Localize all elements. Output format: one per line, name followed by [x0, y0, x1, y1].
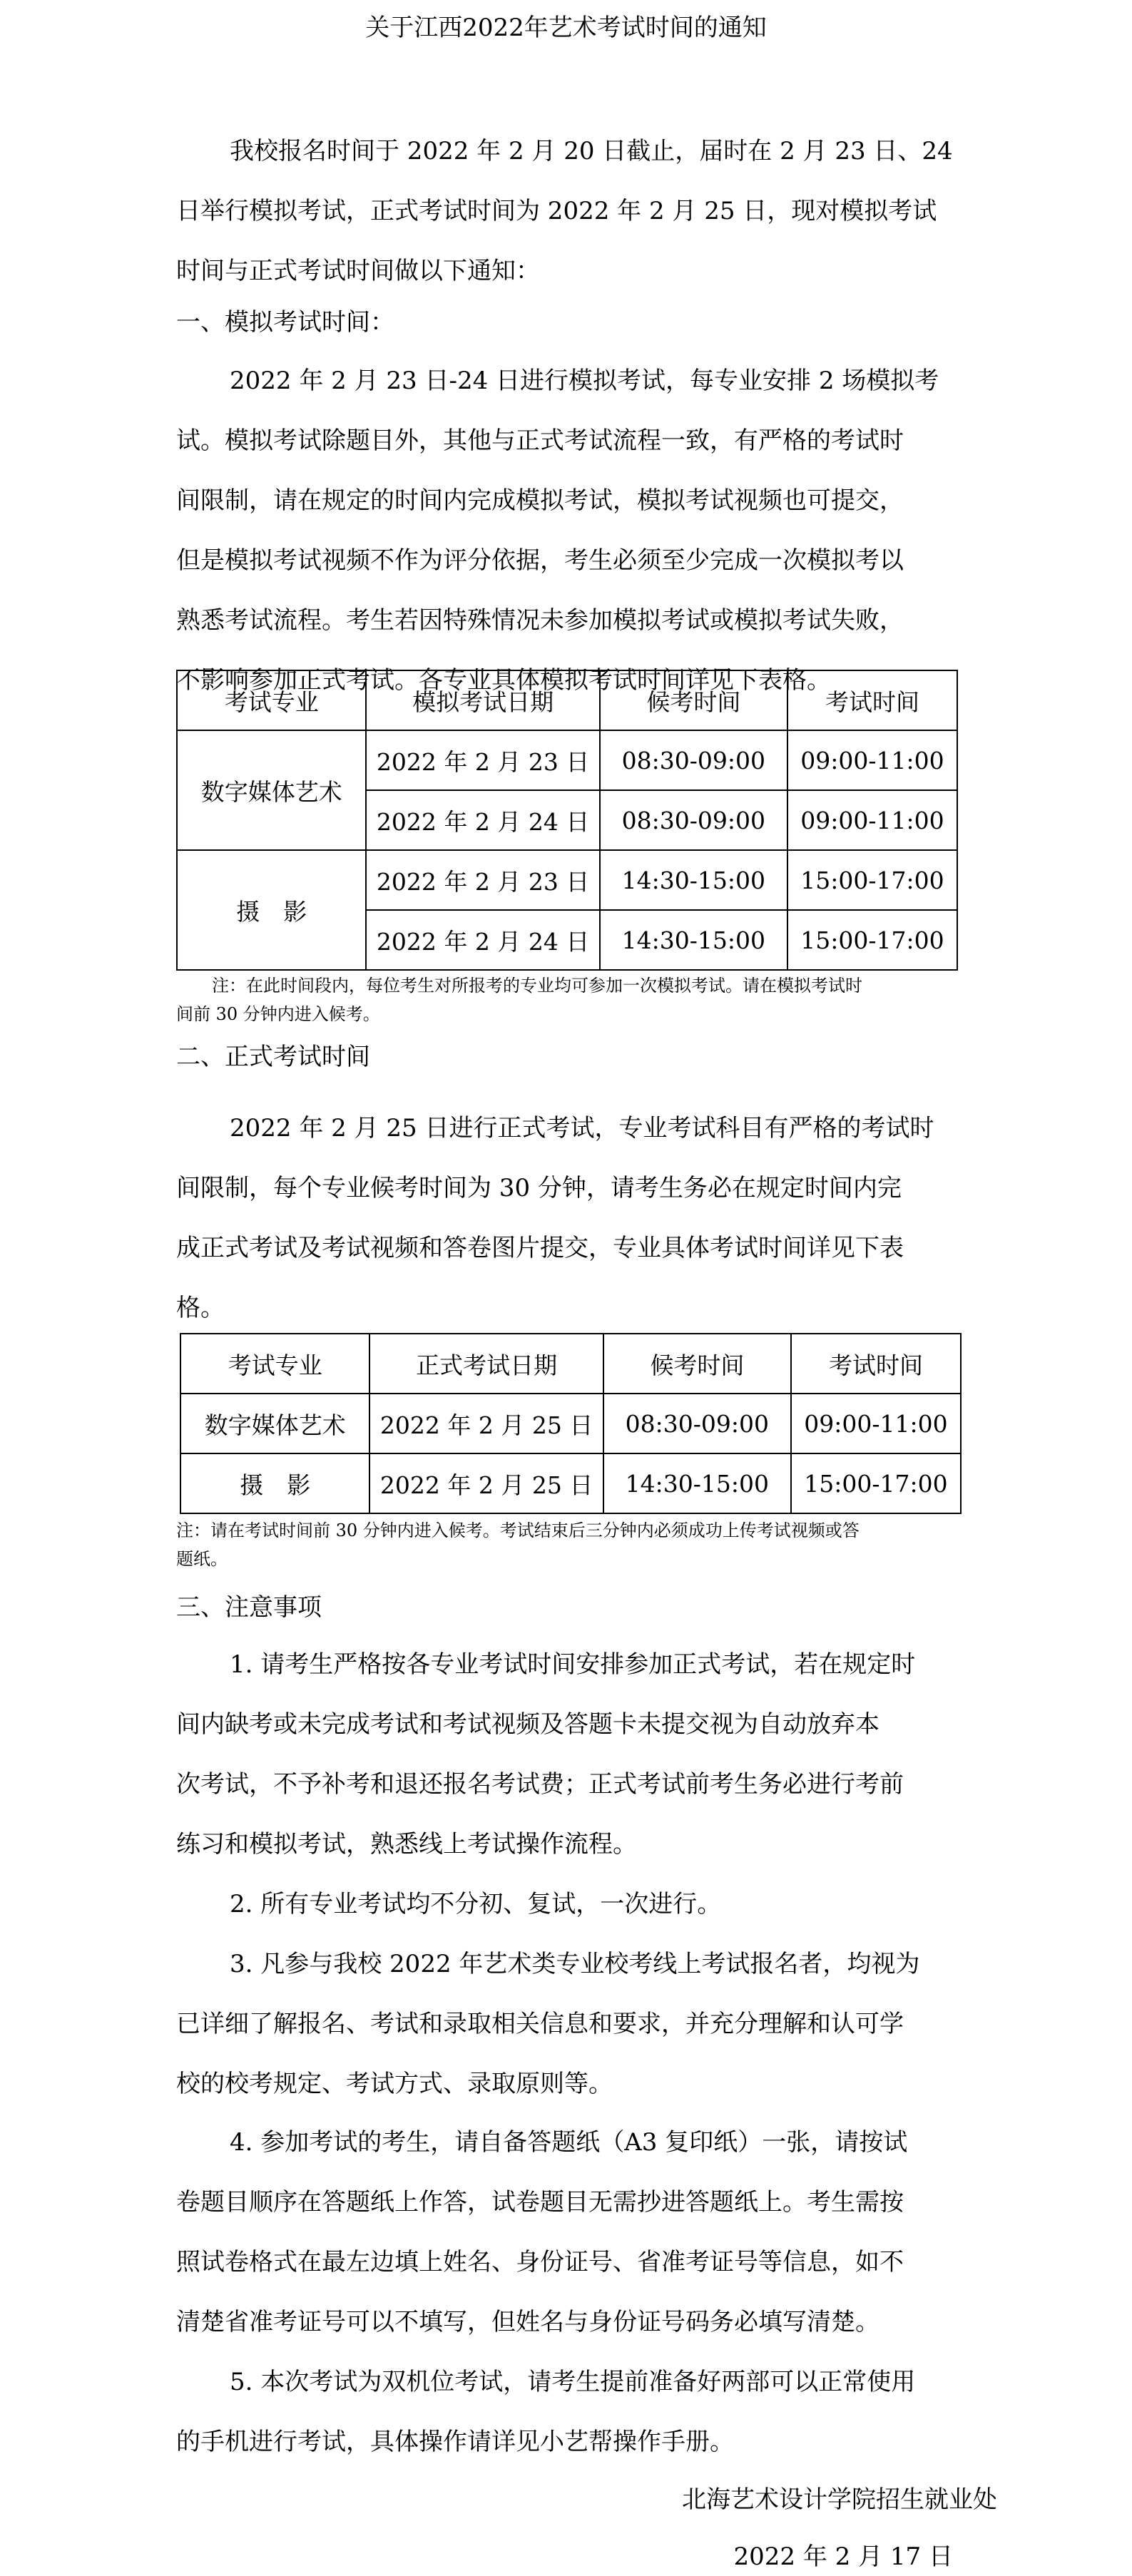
exam-time-cell: 09:00-11:00 [791, 1394, 961, 1453]
text-line: 间限制，请在规定的时间内完成模拟考试，模拟考试视频也可提交， [176, 471, 961, 531]
text-line: 我校报名时间于 2022 年 2 月 20 日截止，届时在 2 月 23 日、2… [176, 121, 961, 181]
intro-paragraph: 我校报名时间于 2022 年 2 月 20 日截止，届时在 2 月 23 日、2… [176, 121, 961, 301]
text-line: 格。 [176, 1278, 961, 1338]
section1-heading: 一、模拟考试时间： [176, 292, 394, 352]
text-line: 清楚省准考证号可以不填写，但姓名与身份证号码务必填写清楚。 [176, 2292, 961, 2352]
text-line: 的手机进行考试，具体操作请详见小艺帮操作手册。 [176, 2412, 961, 2472]
note-line: 注：请在考试时间前 30 分钟内进入候考。考试结束后三分钟内必须成功上传考试视频… [176, 1516, 961, 1545]
formal-exam-note: 注：请在考试时间前 30 分钟内进入候考。考试结束后三分钟内必须成功上传考试视频… [176, 1516, 961, 1573]
notice-item-2: 2. 所有专业考试均不分初、复试，一次进行。 [176, 1874, 961, 1934]
text-line: 4. 参加考试的考生，请自备答题纸（A3 复印纸）一张，请按试 [176, 2112, 961, 2172]
text-line: 2022 年 2 月 23 日-24 日进行模拟考试，每专业安排 2 场模拟考 [176, 351, 961, 411]
date-cell: 2022 年 2 月 25 日 [369, 1394, 603, 1453]
notice-item-3: 3. 凡参与我校 2022 年艺术类专业校考线上考试报名者，均视为 已详细了解报… [176, 1934, 961, 2114]
text-line: 2022 年 2 月 25 日进行正式考试，专业考试科目有严格的考试时 [176, 1098, 961, 1158]
major-cell: 摄 影 [177, 850, 366, 970]
exam-time-cell: 09:00-11:00 [787, 790, 957, 850]
text-line: 次考试，不予补考和退还报名考试费；正式考试前考生务必进行考前 [176, 1754, 961, 1814]
wait-time-cell: 14:30-15:00 [600, 850, 787, 910]
text-line: 已详细了解报名、考试和录取相关信息和要求，并充分理解和认可学 [176, 1994, 961, 2054]
text-line: 试。模拟考试除题目外，其他与正式考试流程一致，有严格的考试时 [176, 411, 961, 471]
text-line: 但是模拟考试视频不作为评分依据，考生必须至少完成一次模拟考以 [176, 531, 961, 591]
formal-exam-table: 考试专业 正式考试日期 候考时间 考试时间 数字媒体艺术 2022 年 2 月 … [180, 1333, 962, 1514]
text-line: 日举行模拟考试，正式考试时间为 2022 年 2 月 25 日，现对模拟考试 [176, 181, 961, 241]
text-line: 练习和模拟考试，熟悉线上考试操作流程。 [176, 1814, 961, 1874]
exam-time-cell: 15:00-17:00 [791, 1453, 961, 1513]
major-cell: 数字媒体艺术 [180, 1394, 369, 1453]
table-row: 摄 影 2022 年 2 月 25 日 14:30-15:00 15:00-17… [180, 1453, 961, 1513]
header-cell: 考试时间 [791, 1334, 961, 1394]
signature-org: 北海艺术设计学院招生就业处 [341, 2482, 997, 2518]
table-header-row: 考试专业 正式考试日期 候考时间 考试时间 [180, 1334, 961, 1394]
note-line: 注：在此时间段内，每位考生对所报考的专业均可参加一次模拟考试。请在模拟考试时 [176, 971, 961, 1000]
text-line: 5. 本次考试为双机位考试，请考生提前准备好两部可以正常使用 [176, 2352, 961, 2412]
table-row: 摄 影 2022 年 2 月 23 日 14:30-15:00 15:00-17… [177, 850, 957, 910]
text-line: 成正式考试及考试视频和答卷图片提交，专业具体考试时间详见下表 [176, 1218, 961, 1278]
document-title: 关于江西2022年艺术考试时间的通知 [0, 10, 1132, 46]
text-line: 1. 请考生严格按各专业考试时间安排参加正式考试，若在规定时 [176, 1635, 961, 1695]
wait-time-cell: 14:30-15:00 [600, 910, 787, 970]
table-row: 数字媒体艺术 2022 年 2 月 25 日 08:30-09:00 09:00… [180, 1394, 961, 1453]
section2-paragraph: 2022 年 2 月 25 日进行正式考试，专业考试科目有严格的考试时 间限制，… [176, 1098, 961, 1338]
text-line: 校的校考规定、考试方式、录取原则等。 [176, 2054, 961, 2114]
header-cell: 候考时间 [603, 1334, 791, 1394]
date-cell: 2022 年 2 月 24 日 [366, 910, 599, 970]
text-line: 照试卷格式在最左边填上姓名、身份证号、省准考证号等信息，如不 [176, 2232, 961, 2292]
table-row: 数字媒体艺术 2022 年 2 月 23 日 08:30-09:00 09:00… [177, 730, 957, 790]
text-line: 卷题目顺序在答题纸上作答，试卷题目无需抄进答题纸上。考生需按 [176, 2172, 961, 2232]
section1-paragraph: 2022 年 2 月 23 日-24 日进行模拟考试，每专业安排 2 场模拟考 … [176, 351, 961, 710]
note-line: 题纸。 [176, 1545, 961, 1573]
major-cell: 数字媒体艺术 [177, 730, 366, 850]
signature-date: 2022 年 2 月 17 日 [341, 2539, 953, 2575]
header-cell: 模拟考试日期 [366, 670, 599, 730]
date-cell: 2022 年 2 月 25 日 [369, 1453, 603, 1513]
note-line: 间前 30 分钟内进入候考。 [176, 1000, 961, 1028]
table-header-row: 考试专业 模拟考试日期 候考时间 考试时间 [177, 670, 957, 730]
header-cell: 考试专业 [180, 1334, 369, 1394]
header-cell: 考试时间 [787, 670, 957, 730]
header-cell: 考试专业 [177, 670, 366, 730]
date-cell: 2022 年 2 月 23 日 [366, 730, 599, 790]
exam-time-cell: 15:00-17:00 [787, 850, 957, 910]
text-line: 熟悉考试流程。考生若因特殊情况未参加模拟考试或模拟考试失败， [176, 591, 961, 650]
section2-heading: 二、正式考试时间 [176, 1027, 370, 1087]
text-line: 间限制，每个专业候考时间为 30 分钟，请考生务必在规定时间内完 [176, 1158, 961, 1218]
exam-time-cell: 09:00-11:00 [787, 730, 957, 790]
section3-heading: 三、注意事项 [176, 1578, 322, 1637]
mock-exam-table: 考试专业 模拟考试日期 候考时间 考试时间 数字媒体艺术 2022 年 2 月 … [176, 670, 958, 971]
wait-time-cell: 08:30-09:00 [603, 1394, 791, 1453]
header-cell: 正式考试日期 [369, 1334, 603, 1394]
major-cell: 摄 影 [180, 1453, 369, 1513]
date-cell: 2022 年 2 月 23 日 [366, 850, 599, 910]
text-line: 2. 所有专业考试均不分初、复试，一次进行。 [176, 1874, 961, 1934]
notice-item-1: 1. 请考生严格按各专业考试时间安排参加正式考试，若在规定时 间内缺考或未完成考… [176, 1635, 961, 1874]
notice-item-4: 4. 参加考试的考生，请自备答题纸（A3 复印纸）一张，请按试 卷题目顺序在答题… [176, 2112, 961, 2352]
text-line: 3. 凡参与我校 2022 年艺术类专业校考线上考试报名者，均视为 [176, 1934, 961, 1994]
wait-time-cell: 08:30-09:00 [600, 730, 787, 790]
exam-time-cell: 15:00-17:00 [787, 910, 957, 970]
header-cell: 候考时间 [600, 670, 787, 730]
text-line: 间内缺考或未完成考试和考试视频及答题卡未提交视为自动放弃本 [176, 1695, 961, 1754]
wait-time-cell: 14:30-15:00 [603, 1453, 791, 1513]
date-cell: 2022 年 2 月 24 日 [366, 790, 599, 850]
mock-exam-note: 注：在此时间段内，每位考生对所报考的专业均可参加一次模拟考试。请在模拟考试时 间… [176, 971, 961, 1028]
notice-item-5: 5. 本次考试为双机位考试，请考生提前准备好两部可以正常使用 的手机进行考试，具… [176, 2352, 961, 2472]
wait-time-cell: 08:30-09:00 [600, 790, 787, 850]
